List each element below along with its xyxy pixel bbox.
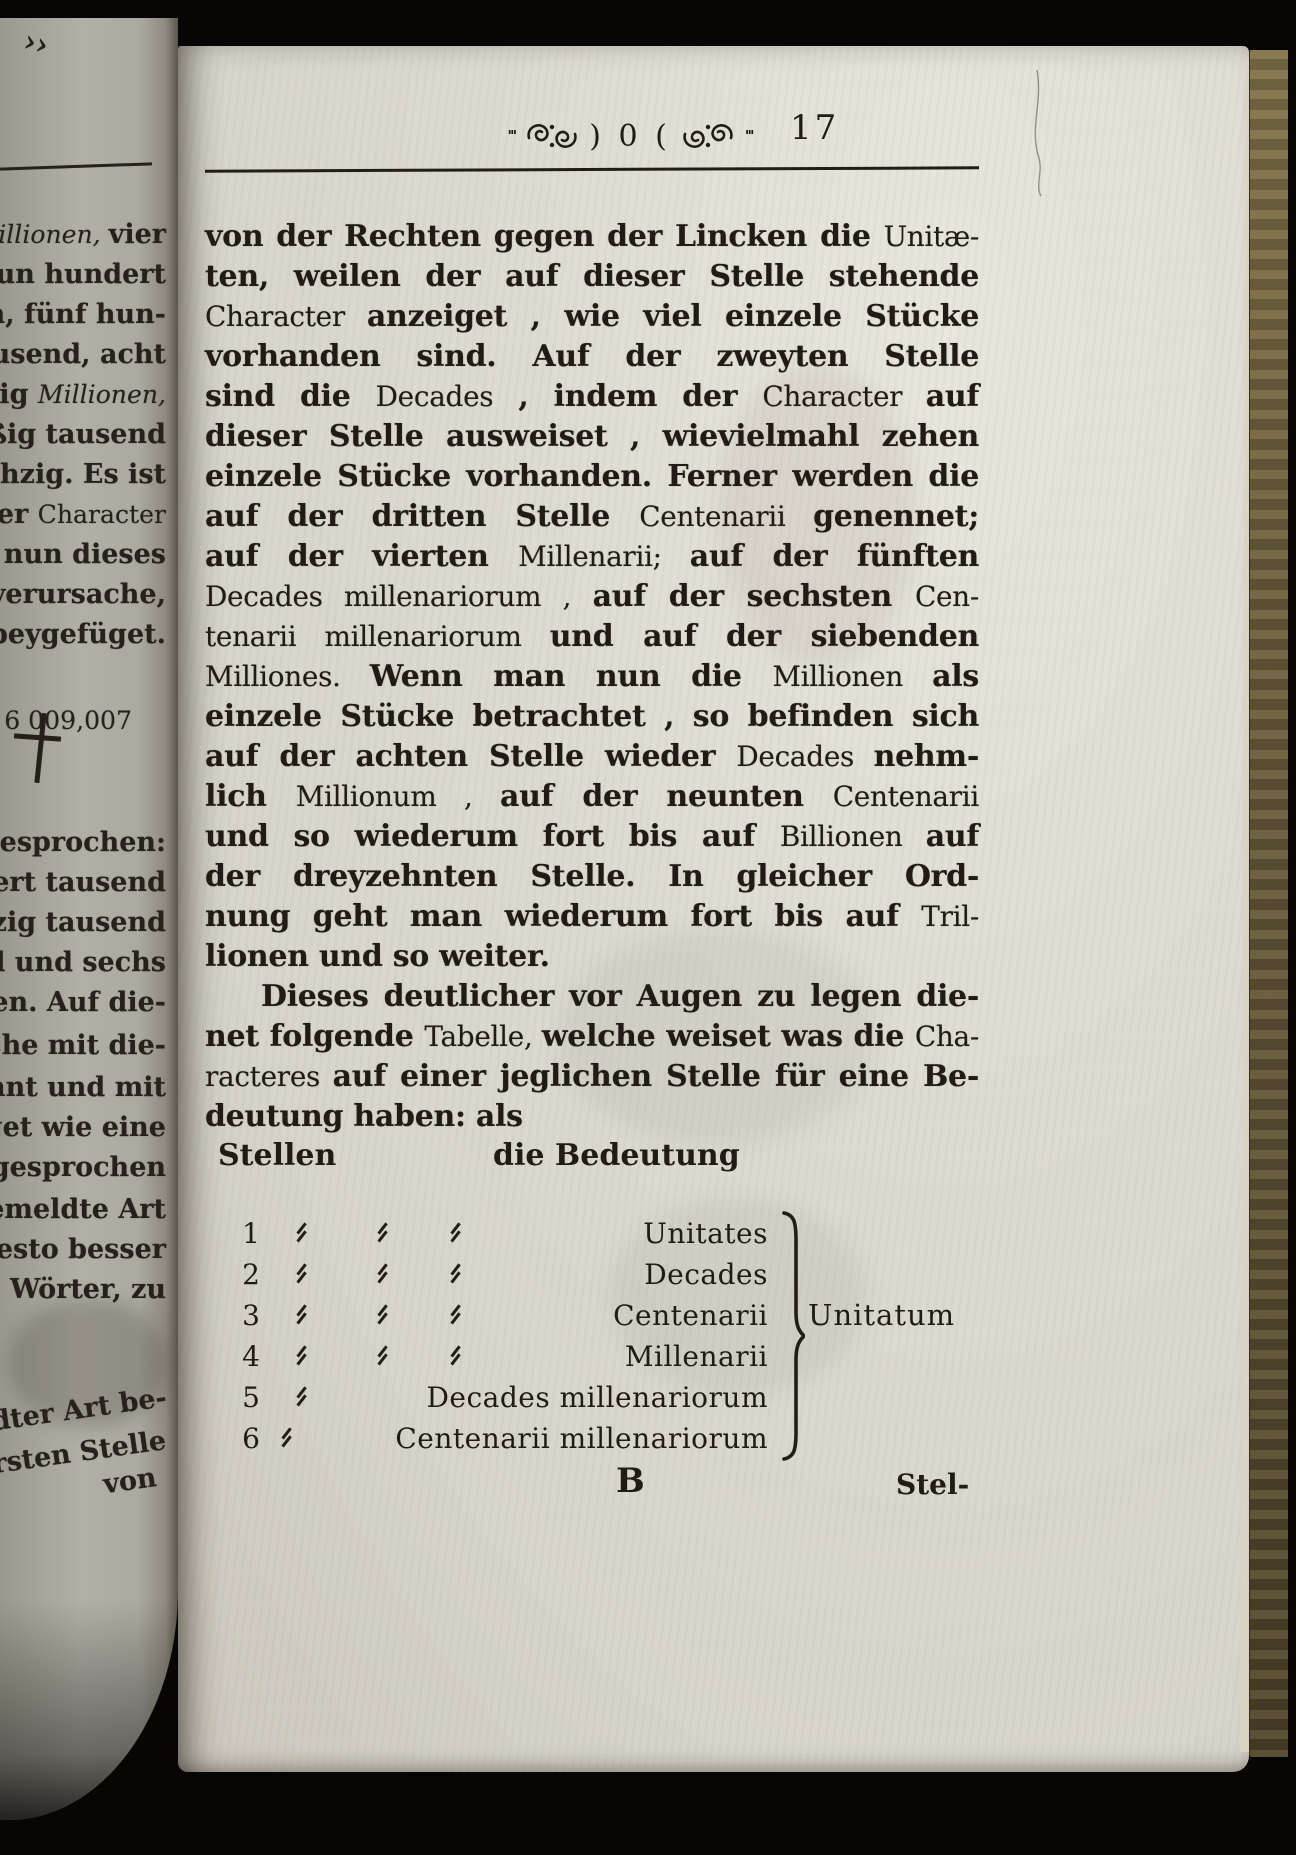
- row-number: 4: [236, 1336, 266, 1377]
- book-fore-edge: [1249, 50, 1288, 1757]
- body-text: von der Rechten gegen der Lincken die Un…: [205, 217, 979, 1137]
- body-line: Character anzeiget , wie viel einzele St…: [205, 297, 979, 337]
- text-segment: ten, weilen der auf dieser Stelle stehen…: [205, 259, 979, 294]
- text-segment: ß der: [0, 499, 38, 530]
- ornament-fragment-icon: ››: [20, 24, 52, 64]
- text-segment: Tabelle,: [424, 1020, 541, 1053]
- text-segment: lionen und so weiter.: [205, 939, 550, 974]
- left-fragment-line: ausgesprochen:: [0, 823, 166, 863]
- text-segment: tenarii millenariorum: [205, 620, 550, 653]
- table-row: 2Decades: [178, 1254, 878, 1295]
- double-hyphen-separator-icon: [293, 1385, 309, 1409]
- text-segment: Millionum ,: [296, 780, 500, 813]
- left-fragment-line: igkeit verursache,: [0, 575, 166, 615]
- text-segment: dreyßig tausend: [0, 419, 166, 450]
- body-line: ten, weilen der auf dieser Stelle stehen…: [205, 257, 979, 297]
- text-segment: Character: [38, 500, 166, 529]
- text-segment: auf einer jeglichen Stelle für eine Be-: [333, 1059, 979, 1094]
- text-segment: Decades: [376, 380, 494, 413]
- text-segment: net folgende: [205, 1019, 424, 1054]
- cross-vertical-bar: [34, 713, 46, 783]
- text-segment: Wenn man nun die: [370, 659, 773, 694]
- text-segment: welche mit die-: [0, 1030, 166, 1061]
- text-segment: racteres: [205, 1060, 333, 1093]
- row-label: Centenarii: [308, 1295, 768, 1336]
- row-label: Millenarii: [308, 1336, 768, 1377]
- left-fragment-line: welche mit die-: [0, 1026, 166, 1066]
- body-line: auf der dritten Stelle Centenarii genenn…: [205, 497, 979, 537]
- text-segment: unzig: [0, 379, 38, 410]
- text-segment: auf der fünften: [690, 539, 979, 574]
- cross-figure-icon: [12, 713, 64, 787]
- body-line: Milliones. Wenn man nun die Millionen al…: [205, 657, 979, 697]
- text-segment: Millenarii;: [518, 540, 690, 573]
- text-segment: send und sechs: [0, 947, 166, 978]
- text-segment: auf der dritten Stelle: [205, 499, 639, 534]
- text-segment: Decades: [736, 740, 873, 773]
- body-line: lionen und so weiter.: [205, 937, 979, 977]
- ornament-ticks-left: ''': [507, 127, 515, 145]
- text-segment: Cha-: [915, 1020, 979, 1053]
- left-fragment-line: Trillionen, vier: [0, 215, 166, 255]
- left-fragment-line: g tausend, acht: [0, 335, 166, 375]
- body-line: Decades millenariorum , auf der sechsten…: [205, 577, 979, 617]
- text-segment: auf: [926, 379, 979, 414]
- text-segment: nehm-: [874, 739, 979, 774]
- ornament-text: ) 0 (: [589, 119, 671, 154]
- text-segment: Tril-: [921, 900, 979, 933]
- text-segment: g tausend, acht: [0, 339, 166, 370]
- left-fragment-line: von: [100, 1458, 158, 1505]
- row-label: Decades millenariorum: [308, 1377, 768, 1418]
- header-ornament: ''' ) 0 ( ''': [460, 112, 800, 160]
- text-segment: dieser Stelle ausweiset , wievielmahl ze…: [205, 419, 979, 454]
- text-segment: auf der achten Stelle wieder: [205, 739, 736, 774]
- text-segment: auf: [926, 819, 979, 854]
- row-label: Decades: [308, 1254, 768, 1295]
- body-line: lich Millionum , auf der neunten Centena…: [205, 777, 979, 817]
- text-segment: einzele Stücke betrachtet , so befinden …: [205, 699, 979, 734]
- left-fragment-line: unzig Millionen,: [0, 375, 166, 415]
- text-segment: einzele Stücke vorhanden. Ferner werden …: [205, 459, 979, 494]
- text-segment: Unitæ-: [884, 220, 979, 253]
- left-fragment-line: vierzig tausend: [0, 903, 166, 943]
- text-segment: auf der sechsten: [593, 579, 915, 614]
- left-fragment-line: aber desto besser: [0, 1230, 166, 1270]
- double-hyphen-separator-icon: [278, 1426, 294, 1450]
- ink-smudge: [8, 1298, 168, 1428]
- book-page: ''' ) 0 ( ''' 17: [178, 46, 1249, 1772]
- fleuron-right-icon: [679, 118, 737, 154]
- body-line: Dieses deutlicher vor Augen zu legen die…: [205, 977, 979, 1017]
- left-fragment-line: Damit nun dieses: [0, 535, 166, 575]
- table-row: 3Centenarii: [178, 1295, 878, 1336]
- text-segment: der dreyzehnten Stelle. In gleicher Ord-: [205, 859, 979, 894]
- text-segment: ausgesprochen:: [0, 827, 166, 858]
- text-segment: auf der neunten: [500, 779, 833, 814]
- text-segment: nd, neun hundert: [0, 259, 166, 290]
- left-fragment-line: hundert tausend: [0, 863, 166, 903]
- body-line: einzele Stücke betrachtet , so befinden …: [205, 697, 979, 737]
- left-fragment-line: send und sechs: [0, 943, 166, 983]
- body-line: einzele Stücke vorhanden. Ferner werden …: [205, 457, 979, 497]
- table-header-stellen: Stellen: [218, 1138, 336, 1173]
- text-segment: uf gemeldte Art: [0, 1194, 166, 1225]
- text-segment: deutung haben: als: [205, 1099, 523, 1134]
- book-scan: ›› Trillionen, viernd, neun hundertonen,…: [0, 0, 1296, 1855]
- text-segment: pel beygefüget.: [0, 619, 166, 650]
- text-segment: als: [932, 659, 979, 694]
- row-number: 3: [236, 1295, 266, 1336]
- text-segment: erkannt und mit: [0, 1072, 166, 1103]
- body-line: racteres auf einer jeglichen Stelle für …: [205, 1057, 979, 1097]
- body-line: dieser Stelle ausweiset , wievielmahl ze…: [205, 417, 979, 457]
- left-fragment-line: uf gemeldte Art: [0, 1190, 166, 1230]
- row-number: 1: [236, 1213, 266, 1254]
- text-segment: sind die: [205, 379, 376, 414]
- text-segment: Millionen,: [38, 380, 166, 409]
- text-segment: auf der vierten: [205, 539, 518, 574]
- body-line: der dreyzehnten Stelle. In gleicher Ord-: [205, 857, 979, 897]
- text-segment: Dieses deutlicher vor Augen zu legen die…: [261, 979, 979, 1014]
- grouping-brace-icon: [779, 1210, 805, 1462]
- body-line: auf der vierten Millenarii; auf der fünf…: [205, 537, 979, 577]
- text-segment: achzig. Es ist: [0, 459, 166, 490]
- text-segment: lich: [205, 779, 296, 814]
- hair-artifact: [1023, 68, 1053, 198]
- text-segment: und so wiederum fort bis auf: [205, 819, 780, 854]
- text-segment: vorhanden sind. Auf der zweyten Stelle: [205, 339, 979, 374]
- left-fragment-line: nd, neun hundert: [0, 255, 166, 295]
- catchword: Stel-: [896, 1468, 969, 1501]
- body-line: net folgende Tabelle, welche weiset was …: [205, 1017, 979, 1057]
- text-segment: Character: [205, 300, 367, 333]
- table-row: 6Centenarii millenariorum: [178, 1418, 878, 1459]
- text-segment: und auf der siebenden: [550, 619, 979, 654]
- body-line: auf der achten Stelle wieder Decades neh…: [205, 737, 979, 777]
- table-row: 1Unitates: [178, 1213, 878, 1254]
- left-fragment-line: onen, fünf hun-: [0, 295, 166, 335]
- text-segment: hundert tausend: [0, 867, 166, 898]
- text-segment: welche weiset was die: [542, 1019, 915, 1054]
- header-rule: [205, 166, 979, 173]
- text-segment: n ausgesprochen: [0, 1152, 166, 1183]
- table-header-bedeutung: die Bedeutung: [493, 1138, 740, 1173]
- body-line: deutung haben: als: [205, 1097, 979, 1137]
- text-segment: Millionen: [772, 660, 932, 693]
- body-line: vorhanden sind. Auf der zweyten Stelle: [205, 337, 979, 377]
- row-number: 6: [236, 1418, 266, 1459]
- text-segment: vierzig tausend: [0, 907, 166, 938]
- fleuron-left-icon: [523, 118, 581, 154]
- text-segment: Centenarii: [833, 780, 979, 813]
- text-segment: eben. Auf die-: [0, 987, 166, 1018]
- text-segment: Cen-: [915, 580, 979, 613]
- text-segment: igkeit verursache,: [0, 579, 166, 610]
- body-line: sind die Decades , indem der Character a…: [205, 377, 979, 417]
- text-segment: vier: [109, 219, 166, 250]
- text-segment: Damit nun dieses: [0, 539, 166, 570]
- text-segment: anzeiget , wie viel einzele Stücke: [367, 299, 979, 334]
- left-fragment-line: n ausgesprochen: [0, 1148, 166, 1188]
- body-line: tenarii millenariorum und auf der sieben…: [205, 617, 979, 657]
- row-number: 2: [236, 1254, 266, 1295]
- text-segment: aber desto besser: [0, 1234, 166, 1265]
- double-hyphen-separator-icon: [293, 1303, 309, 1327]
- body-line: und so wiederum fort bis auf Billionen a…: [205, 817, 979, 857]
- text-segment: Trillionen,: [0, 220, 109, 249]
- text-segment: , indem der: [493, 379, 762, 414]
- text-segment: von: [101, 1462, 158, 1500]
- row-label: Unitates: [308, 1213, 768, 1254]
- body-line: nung geht man wiederum fort bis auf Tril…: [205, 897, 979, 937]
- table-row: 4Millenarii: [178, 1336, 878, 1377]
- left-fragment-line: pel beygefüget.: [0, 615, 166, 655]
- double-hyphen-separator-icon: [293, 1221, 309, 1245]
- left-fragment-line: ß der Character: [0, 495, 166, 535]
- ornament-ticks-right: ''': [745, 127, 753, 145]
- signature-mark: B: [616, 1461, 645, 1501]
- left-fragment-line: erkannt und mit: [0, 1068, 166, 1108]
- double-hyphen-separator-icon: [293, 1344, 309, 1368]
- text-segment: von der Rechten gegen der Lincken die: [205, 219, 884, 254]
- page-number: 17: [790, 108, 839, 148]
- left-fragment-line: dreyßig tausend: [0, 415, 166, 455]
- text-segment: Billionen: [780, 820, 926, 853]
- left-fragment-line: eben. Auf die-: [0, 983, 166, 1023]
- table-row: 5Decades millenariorum: [178, 1377, 878, 1418]
- left-fragment-line: folget wie eine: [0, 1108, 166, 1148]
- text-segment: nung geht man wiederum fort bis auf: [205, 899, 921, 934]
- left-page-fragment: ›› Trillionen, viernd, neun hundertonen,…: [0, 18, 178, 1820]
- text-segment: onen, fünf hun-: [0, 299, 166, 330]
- left-fragment-line: achzig. Es ist: [0, 455, 166, 495]
- text-segment: folget wie eine: [0, 1112, 166, 1143]
- text-segment: Centenarii: [639, 500, 813, 533]
- text-segment: Decades millenariorum ,: [205, 580, 593, 613]
- text-segment: Character: [762, 380, 925, 413]
- cross-horizontal-bar: [14, 733, 61, 741]
- body-line: von der Rechten gegen der Lincken die Un…: [205, 217, 979, 257]
- text-segment: genennet;: [813, 499, 979, 534]
- brace-label: Unitatum: [808, 1298, 955, 1332]
- row-number: 5: [236, 1377, 266, 1418]
- double-hyphen-separator-icon: [293, 1262, 309, 1286]
- row-label: Centenarii millenariorum: [308, 1418, 768, 1459]
- text-segment: Milliones.: [205, 660, 370, 693]
- left-header-rule: [0, 162, 152, 170]
